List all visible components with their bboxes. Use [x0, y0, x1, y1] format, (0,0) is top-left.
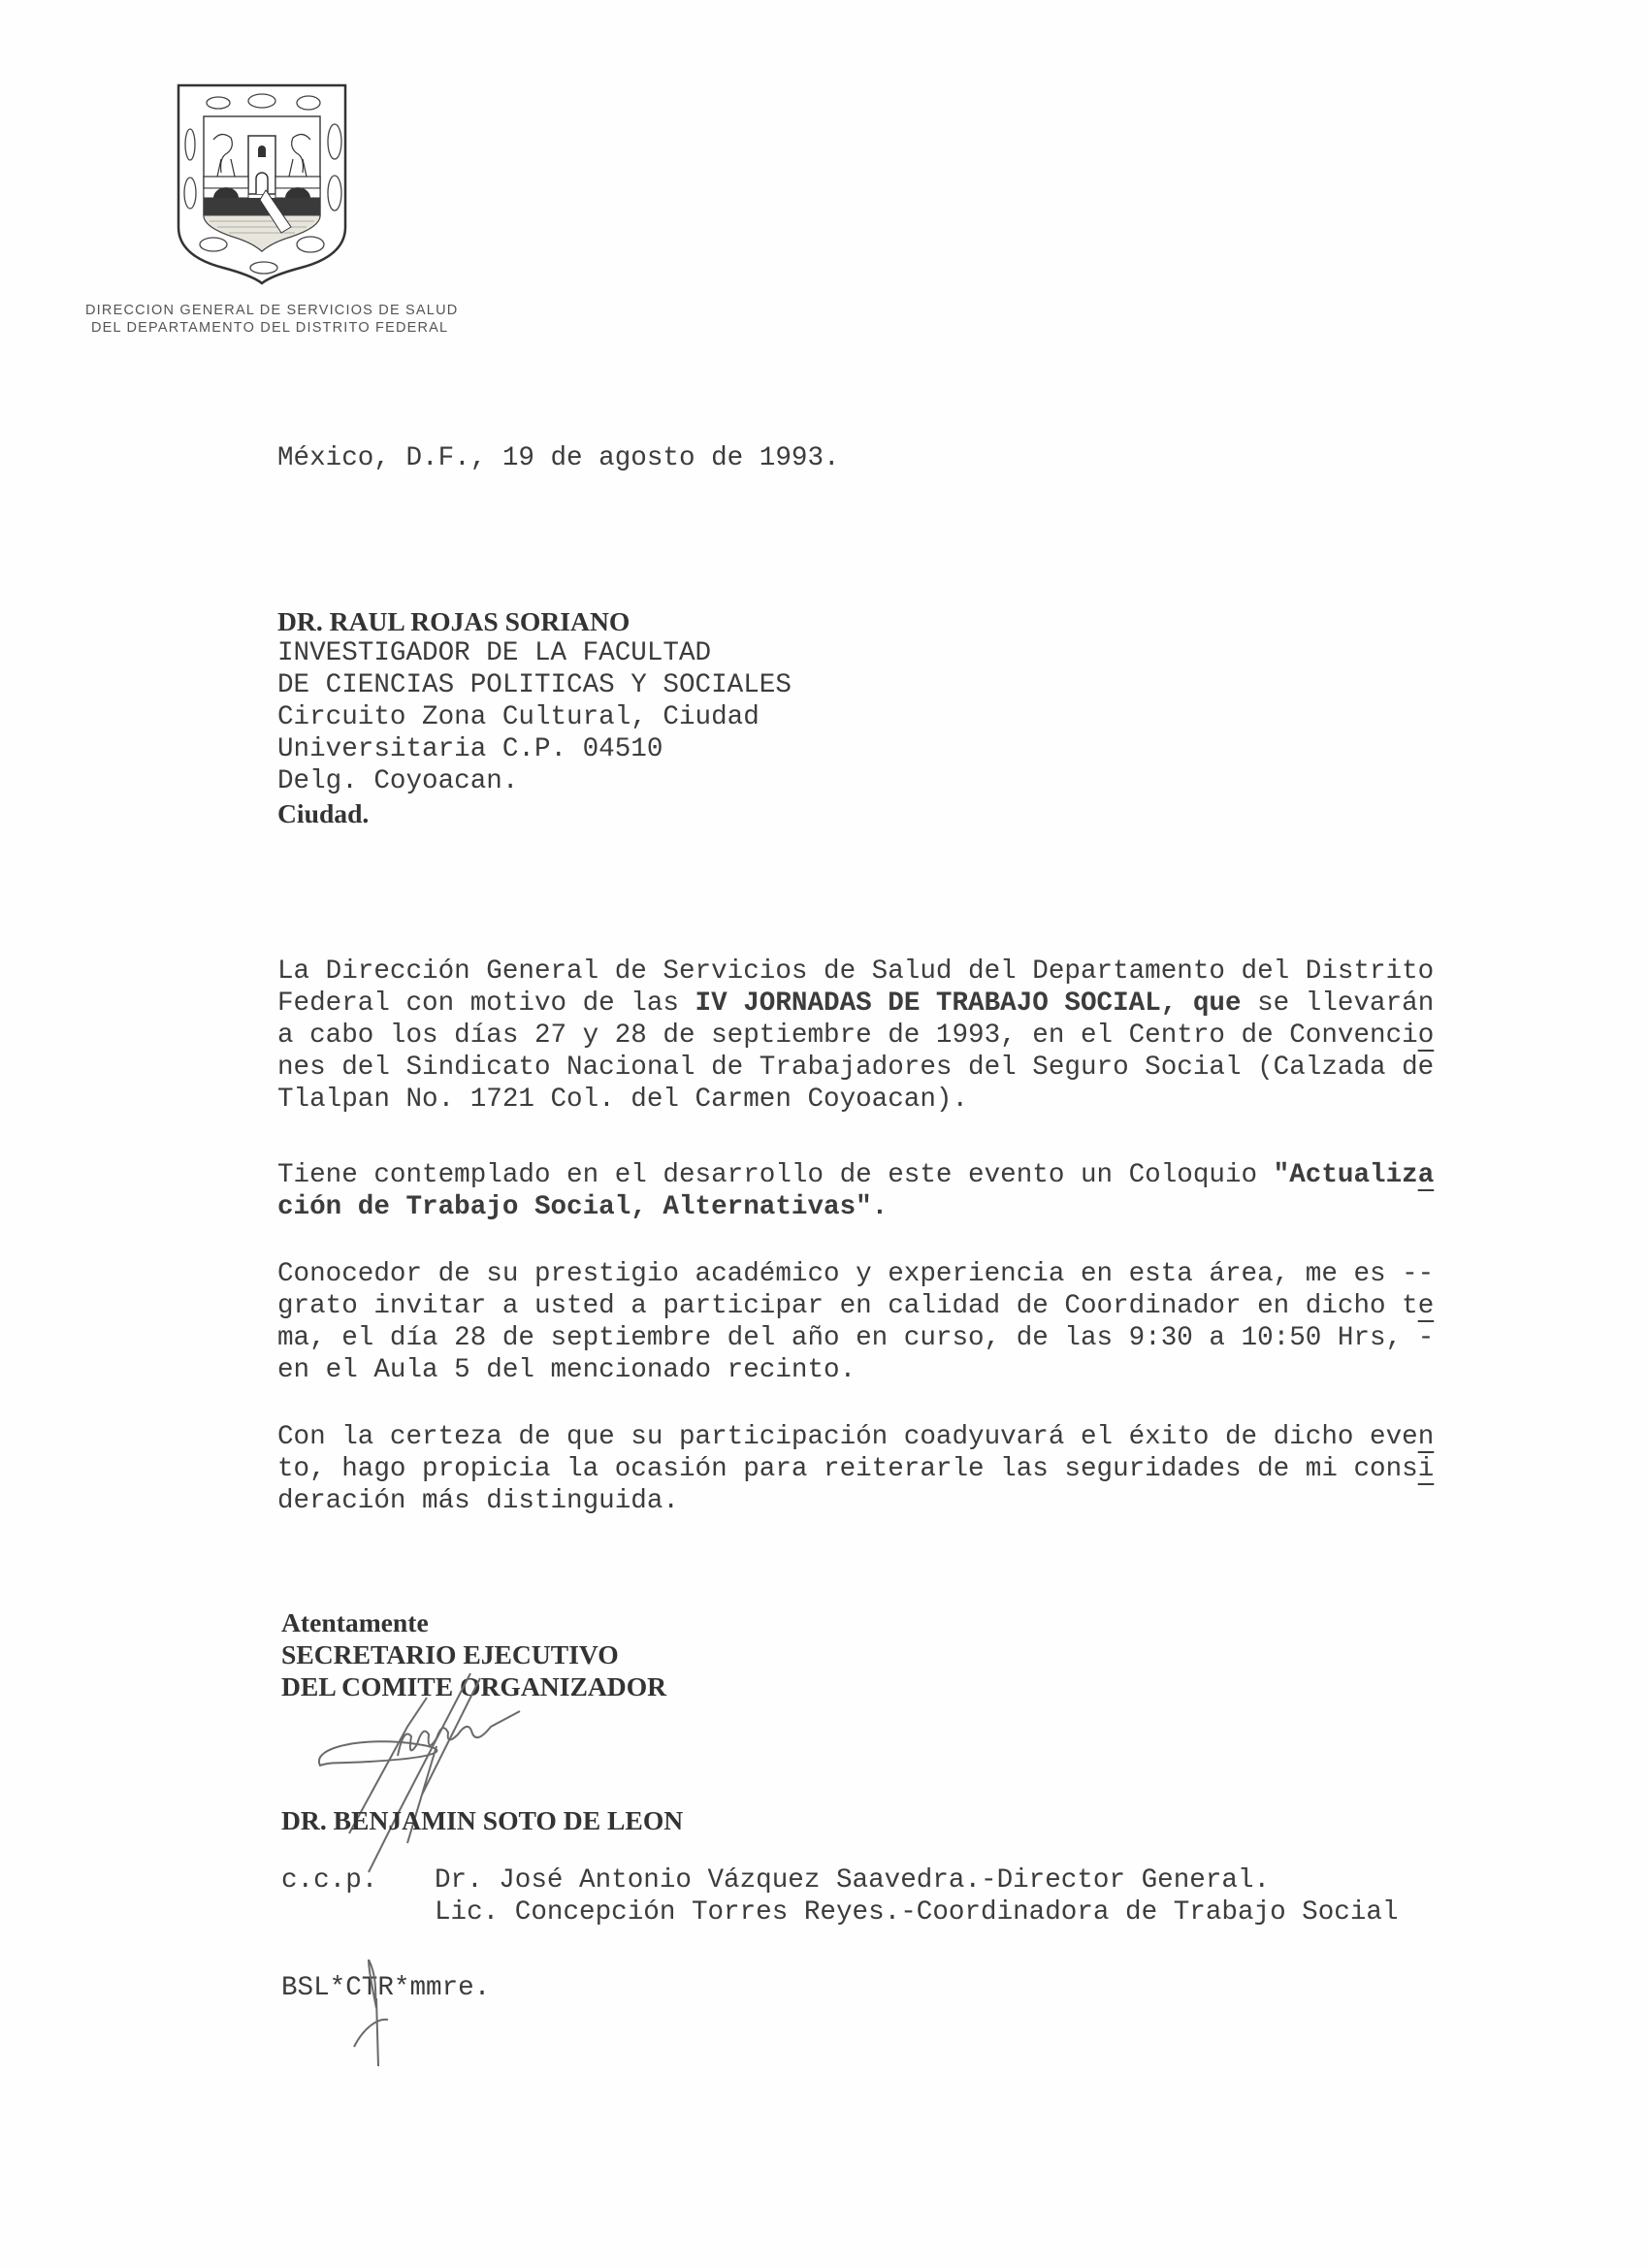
text-span: se llevarán — [1242, 988, 1435, 1019]
cc-label: c.c.p. — [281, 1864, 377, 1896]
body-paragraph-1-line: a cabo los días 27 y 28 de septiembre de… — [277, 1020, 1434, 1052]
text-span: Con la certeza de que su participación c… — [277, 1422, 1418, 1452]
body-paragraph-1-line: Tlalpan No. 1721 Col. del Carmen Coyoaca… — [277, 1084, 968, 1116]
hyphen-underline: a — [1418, 1160, 1435, 1190]
colloquium-title: "Actualiz — [1274, 1160, 1418, 1190]
text-span: - — [1418, 1323, 1435, 1353]
signer-name: DR. BENJAMIN SOTO DE LEON — [281, 1804, 683, 1836]
hyphen-underline: e — [1418, 1291, 1435, 1321]
reference-initials: BSL*CTR*mmre. — [281, 1972, 490, 2004]
hyphen-underline: i — [1418, 1454, 1435, 1484]
body-paragraph-1-line: nes del Sindicato Nacional de Trabajador… — [277, 1052, 1434, 1084]
body-paragraph-3-line: Conocedor de su prestigio académico y ex… — [277, 1258, 1434, 1290]
signer-title-line-1: SECRETARIO EJECUTIVO — [281, 1638, 619, 1670]
recipient-line: Delg. Coyoacan. — [277, 765, 518, 797]
text-span: grato invitar a usted a participar en ca… — [277, 1291, 1418, 1321]
letter-page: DIRECCION GENERAL DE SERVICIOS DE SALUD … — [0, 0, 1649, 2268]
text-span: Federal con motivo de las — [277, 988, 695, 1019]
coat-of-arms-icon — [175, 81, 349, 287]
closing-salutation: Atentamente — [281, 1606, 429, 1638]
hyphen-underline: o — [1418, 1021, 1435, 1051]
letterhead-line-2: DEL DEPARTAMENTO DEL DISTRITO FEDERAL — [91, 320, 448, 336]
body-paragraph-1-line: Federal con motivo de las IV JORNADAS DE… — [277, 988, 1434, 1020]
letterhead-line-1: DIRECCION GENERAL DE SERVICIOS DE SALUD — [85, 303, 458, 318]
letter-date: México, D.F., 19 de agosto de 1993. — [277, 442, 840, 474]
recipient-line: Universitaria C.P. 04510 — [277, 733, 663, 765]
text-span: a cabo los días 27 y 28 de septiembre de… — [277, 1021, 1418, 1051]
recipient-city: Ciudad. — [277, 797, 369, 829]
body-paragraph-3-line: ma, el día 28 de septiembre del año en c… — [277, 1322, 1434, 1354]
body-paragraph-4-line: to, hago propicia la ocasión para reiter… — [277, 1453, 1434, 1485]
body-paragraph-2-line: ción de Trabajo Social, Alternativas". — [277, 1191, 888, 1223]
hyphen-underline: n — [1418, 1422, 1435, 1452]
body-paragraph-4-line: deración más distinguida. — [277, 1485, 679, 1517]
cc-recipient: Lic. Concepción Torres Reyes.-Coordinado… — [435, 1896, 1399, 1928]
recipient-line: INVESTIGADOR DE LA FACULTAD — [277, 637, 711, 669]
signer-title-line-2: DEL COMITE ORGANIZADOR — [281, 1670, 666, 1702]
cc-recipient: Dr. José Antonio Vázquez Saavedra.-Direc… — [435, 1864, 1270, 1896]
recipient-line: DE CIENCIAS POLITICAS Y SOCIALES — [277, 669, 792, 701]
recipient-line: Circuito Zona Cultural, Ciudad — [277, 701, 760, 733]
event-name: IV JORNADAS DE TRABAJO SOCIAL, que — [695, 988, 1242, 1019]
text-span: to, hago propicia la ocasión para reiter… — [277, 1454, 1418, 1484]
body-paragraph-4-line: Con la certeza de que su participación c… — [277, 1421, 1434, 1453]
body-paragraph-3-line: grato invitar a usted a participar en ca… — [277, 1290, 1434, 1322]
text-span: Tiene contemplado en el desarrollo de es… — [277, 1160, 1274, 1190]
recipient-name: DR. RAUL ROJAS SORIANO — [277, 605, 630, 637]
body-paragraph-1-line: La Dirección General de Servicios de Sal… — [277, 956, 1434, 988]
text-span: ma, el día 28 de septiembre del año en c… — [277, 1323, 1418, 1353]
body-paragraph-3-line: en el Aula 5 del mencionado recinto. — [277, 1354, 856, 1386]
body-paragraph-2-line: Tiene contemplado en el desarrollo de es… — [277, 1159, 1434, 1191]
